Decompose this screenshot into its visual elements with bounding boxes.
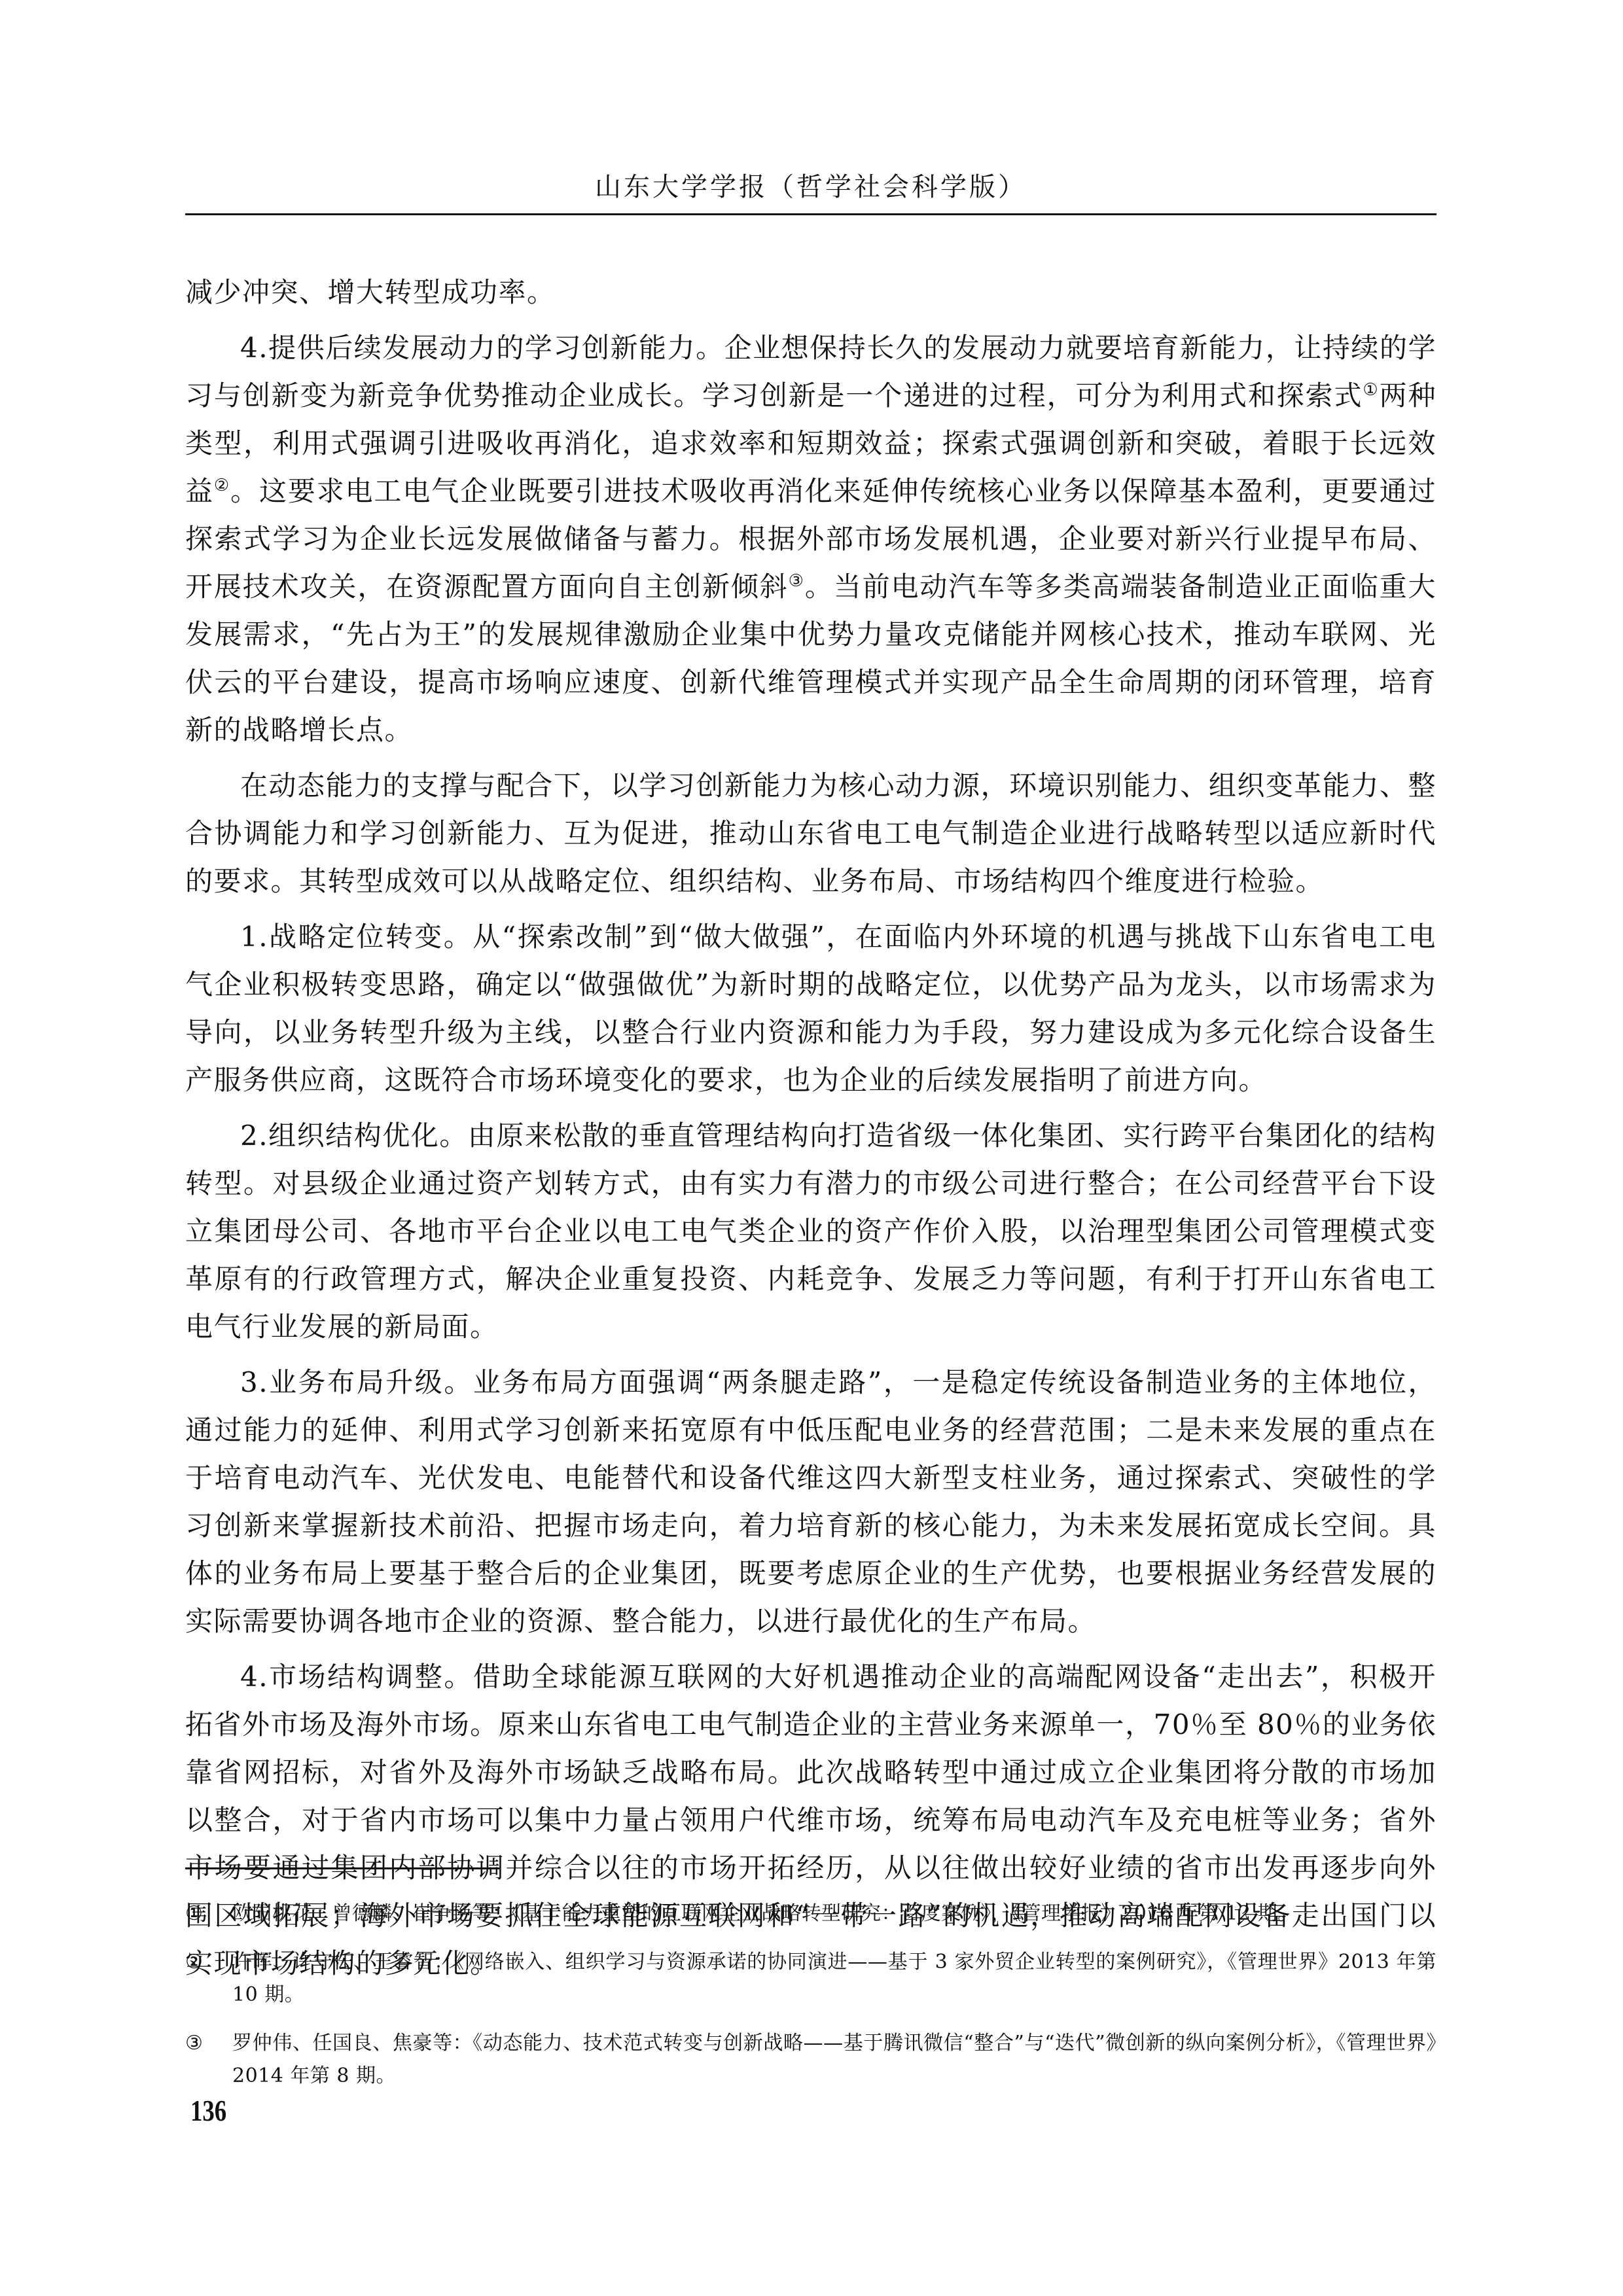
footnote-mark: ③ [185,2027,232,2093]
paragraph-text: 1.战略定位转变。从“探索改制”到“做大做强”，在面临内外环境的机遇与挑战下山东… [185,921,1436,1096]
footnotes: ① 欧阳桃花、曾德麟、崔争艳等：《基于能力重塑的互联网企业战略转型研究：百度案例… [185,1898,1436,2093]
paragraph-business-layout: 3.业务布局升级。业务布局方面强调“两条腿走路”，一是稳定传统设备制造业务的主体… [185,1358,1436,1645]
footnote-separator [185,1867,499,1869]
paragraph-organization-structure: 2.组织结构优化。由原来松散的垂直管理结构向打造省级一体化集团、实行跨平台集团化… [185,1112,1436,1351]
page-number: 136 [190,2093,226,2129]
footnote-reference-2[interactable]: ② [214,476,230,495]
paragraph-learning-innovation: 4.提供后续发展动力的学习创新能力。企业想保持长久的发展动力就要培育新能力，让持… [185,324,1436,754]
footnote-text: 罗仲伟、任国良、焦豪等：《动态能力、技术范式转变与创新战略——基于腾讯微信“整合… [232,2027,1436,2093]
footnote-text: 许晖、许守任、王睿智：《网络嵌入、组织学习与资源承诺的协同演进——基于 3 家外… [232,1946,1436,2011]
journal-page: 山东大学学报（哲学社会科学版） 减少冲突、增大转型成功率。 4.提供后续发展动力… [185,0,1436,2296]
footnote-text: 欧阳桃花、曾德麟、崔争艳等：《基于能力重塑的互联网企业战略转型研究：百度案例》，… [232,1898,1436,1930]
paragraph-dynamic-capability: 在动态能力的支撑与配合下，以学习创新能力为核心动力源，环境识别能力、组织变革能力… [185,762,1436,905]
running-header-title: 山东大学学报（哲学社会科学版） [185,169,1436,205]
article-body: 减少冲突、增大转型成功率。 4.提供后续发展动力的学习创新能力。企业想保持长久的… [185,268,1436,1987]
paragraph-text: 4.提供后续发展动力的学习创新能力。企业想保持长久的发展动力就要培育新能力，让持… [185,332,1436,412]
footnote-reference-3[interactable]: ③ [789,571,805,591]
header-rule [185,213,1436,215]
footnote-mark: ② [185,1946,232,2011]
footnote-reference-1[interactable]: ① [1363,380,1379,400]
footnote-1: ① 欧阳桃花、曾德麟、崔争艳等：《基于能力重塑的互联网企业战略转型研究：百度案例… [185,1898,1436,1930]
paragraph-text: 2.组织结构优化。由原来松散的垂直管理结构向打造省级一体化集团、实行跨平台集团化… [185,1120,1436,1343]
paragraph-strategic-positioning: 1.战略定位转变。从“探索改制”到“做大做强”，在面临内外环境的机遇与挑战下山东… [185,913,1436,1104]
paragraph-text: 3.业务布局升级。业务布局方面强调“两条腿走路”，一是稳定传统设备制造业务的主体… [185,1366,1436,1637]
paragraph-text: 在动态能力的支撑与配合下，以学习创新能力为核心动力源，环境识别能力、组织变革能力… [185,769,1436,897]
footnote-2: ② 许晖、许守任、王睿智：《网络嵌入、组织学习与资源承诺的协同演进——基于 3 … [185,1946,1436,2011]
paragraph-continuation: 减少冲突、增大转型成功率。 [185,268,1436,316]
footnote-3: ③ 罗仲伟、任国良、焦豪等：《动态能力、技术范式转变与创新战略——基于腾讯微信“… [185,2027,1436,2093]
footnote-mark: ① [185,1898,232,1930]
paragraph-text: 减少冲突、增大转型成功率。 [185,276,556,308]
